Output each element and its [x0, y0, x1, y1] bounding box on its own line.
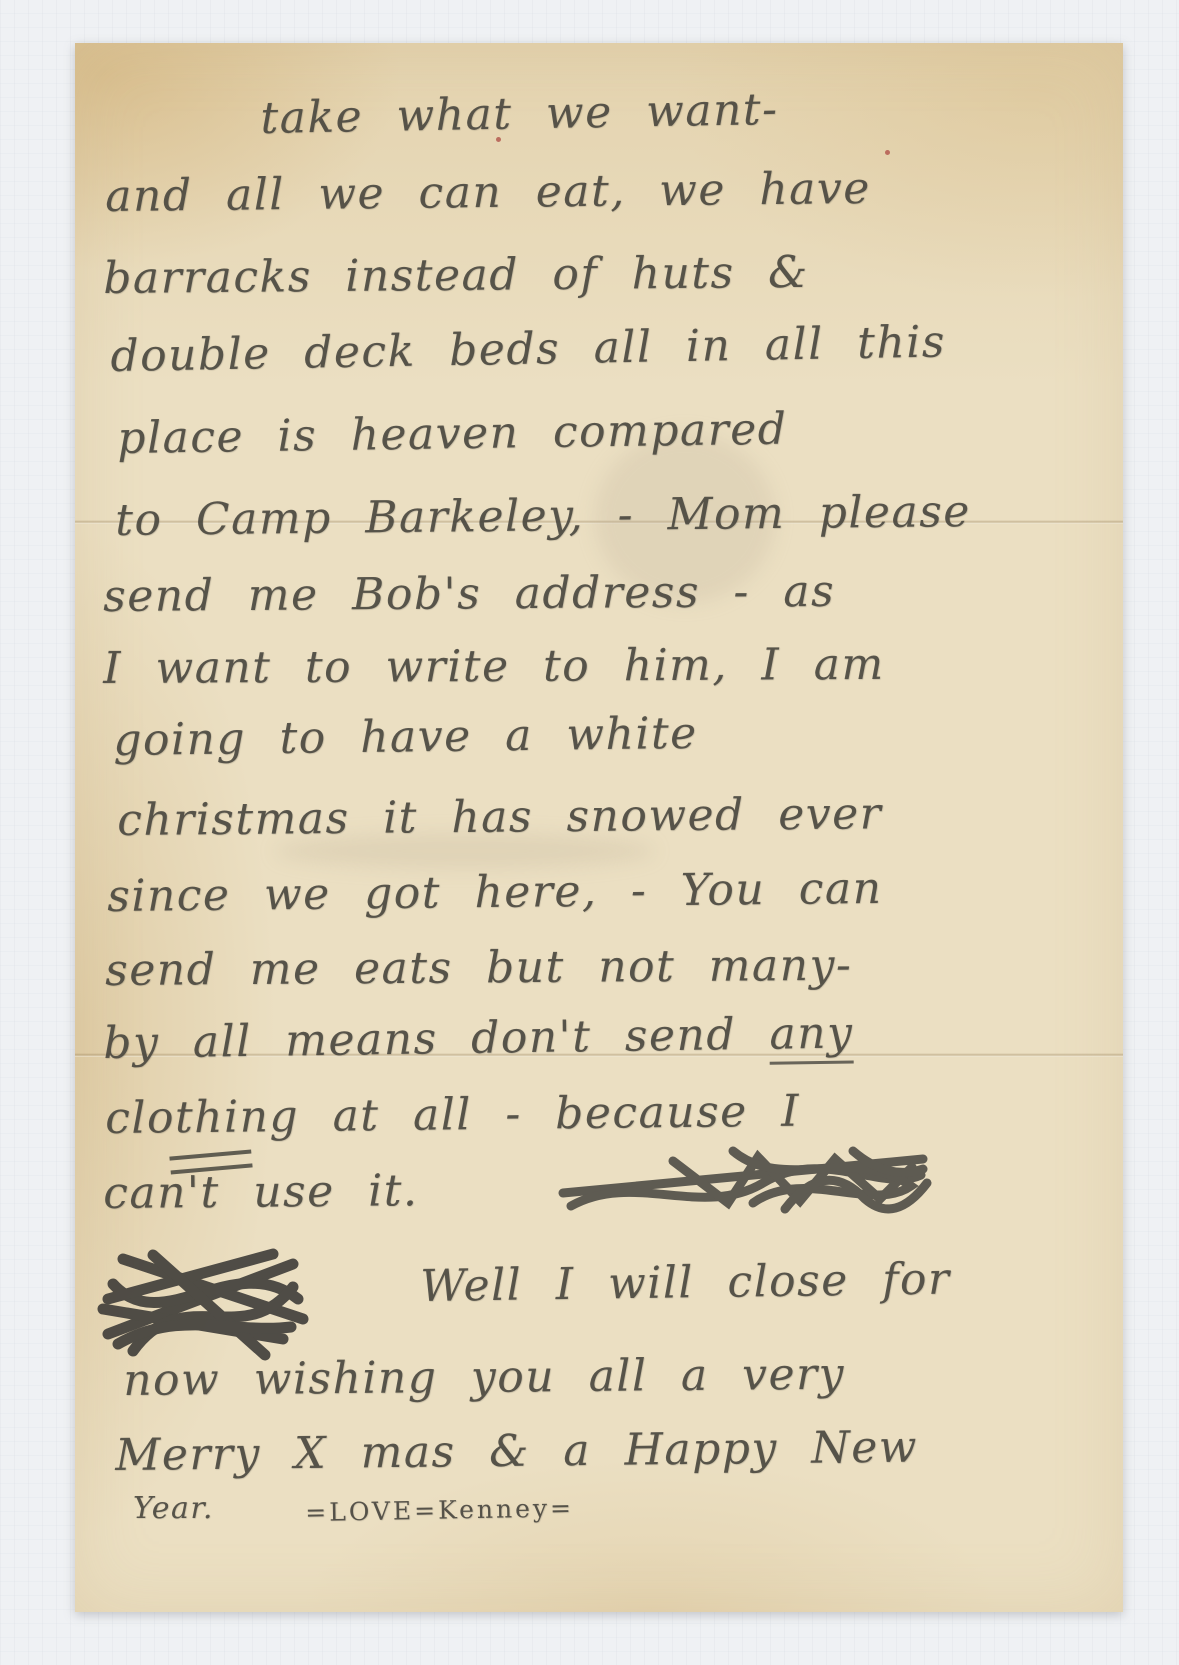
letter-line: christmas it has snowed ever	[117, 788, 882, 846]
letter-line: I want to write to him, I am	[103, 639, 885, 694]
letter-page: take what we want-and all we can eat, we…	[75, 43, 1123, 1612]
letter-line: now wishing you all a very	[123, 1349, 845, 1406]
letter-line: to Camp Barkeley, - Mom please	[115, 486, 971, 546]
letter-line: place is heaven compared	[117, 404, 788, 464]
scribble-mark	[93, 1239, 321, 1367]
scan-background: { "document": { "kind": "handwritten let…	[0, 0, 1179, 1665]
letter-line: since we got here, - You can	[107, 863, 883, 922]
signature-line: =LOVE=Kenney=	[305, 1493, 574, 1527]
letter-line: double deck beds all in all this	[110, 316, 946, 382]
letter-line: and all we can eat, we have	[105, 163, 871, 222]
letter-line: take what we want-	[260, 84, 779, 144]
letter-line: Well I will close for	[420, 1254, 951, 1312]
scribble-mark	[553, 1131, 938, 1231]
letter-line: barracks instead of huts &	[103, 247, 809, 304]
paper-speck	[885, 150, 890, 155]
letter-line: send me eats but not many-	[105, 940, 852, 996]
letter-line: going to have a white	[113, 708, 698, 766]
letter-line: can't use it.	[103, 1165, 419, 1219]
letter-line: Merry X mas & a Happy New	[115, 1422, 918, 1481]
letter-line: by all means don't send any	[103, 1008, 854, 1069]
letter-line: clothing at all - because I	[105, 1086, 800, 1144]
letter-line: Year.	[133, 1491, 214, 1526]
underlined-word: any	[769, 1008, 854, 1065]
letter-line: send me Bob's address - as	[103, 566, 835, 622]
